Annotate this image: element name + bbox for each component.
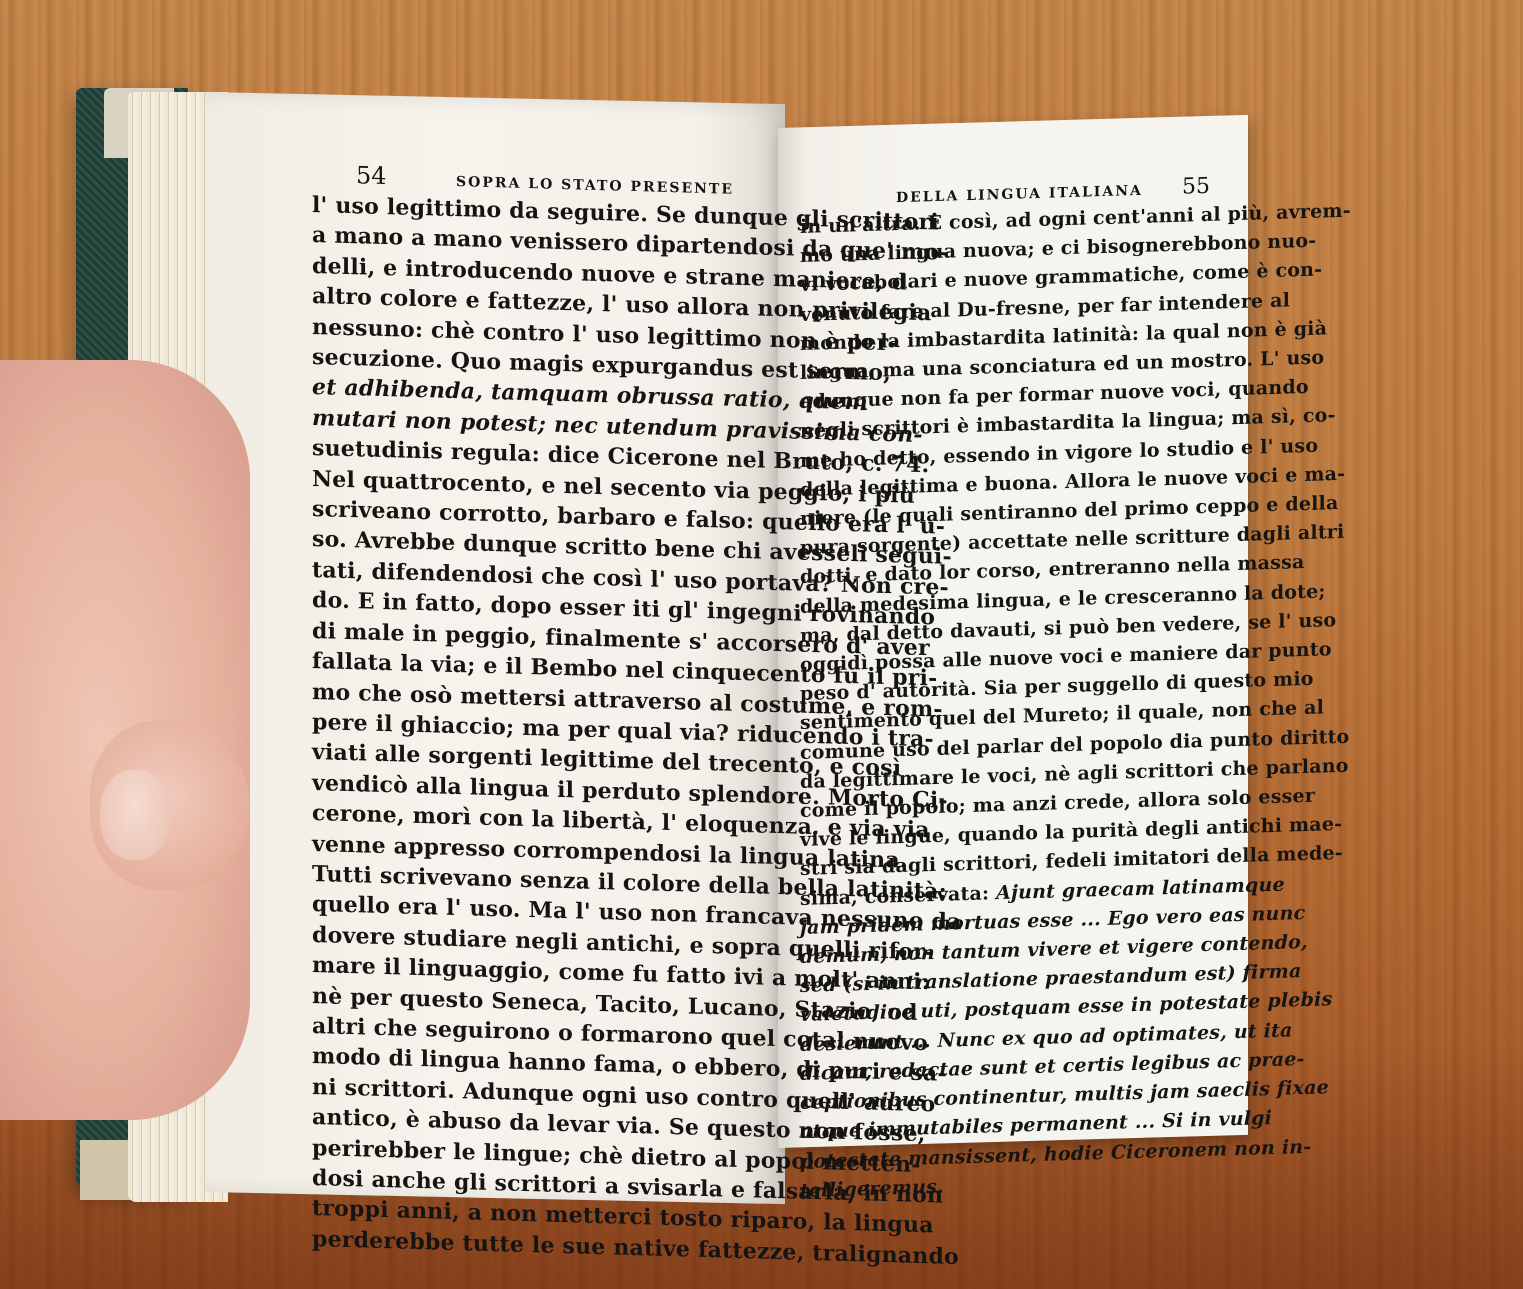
left-page-text: 54 SOPRA LO STATO PRESENTE l' uso legitt… [312,160,774,1267]
text-fragment: sima, conservata: [800,882,989,910]
page-number-right: 55 [1182,174,1210,200]
running-head-title-right: DELLA LINGUA ITALIANA [896,183,1143,206]
thumbnail [100,770,170,860]
page-number-left: 54 [356,161,387,190]
show-through-text [820,1020,1200,1080]
